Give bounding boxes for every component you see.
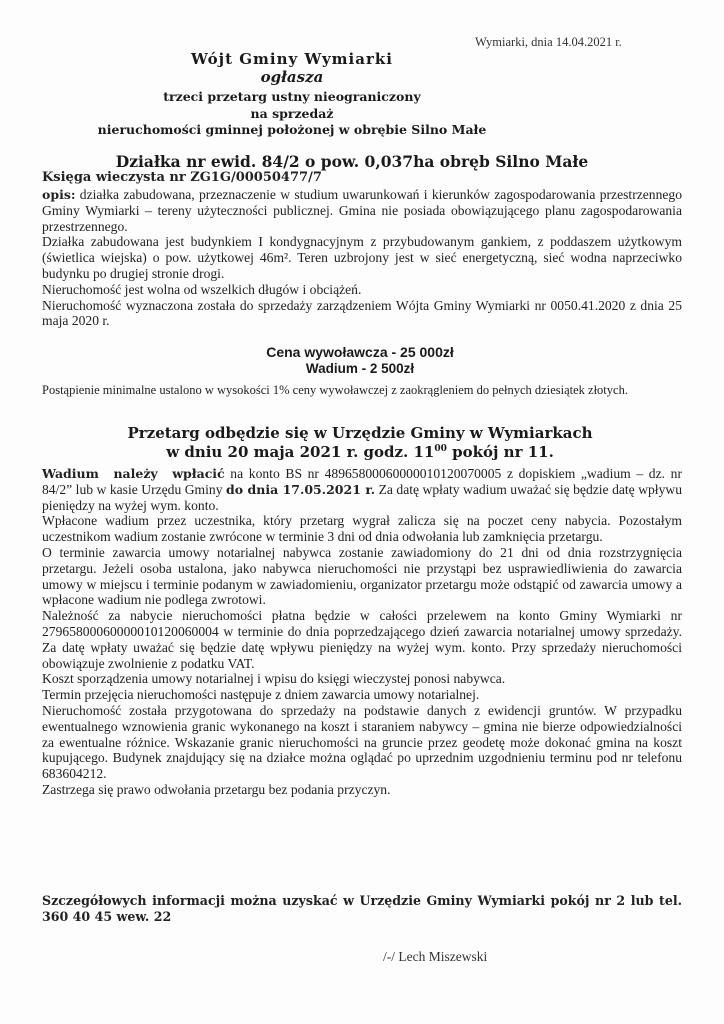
takeover: Termin przejęcia nieruchomości następuje… (42, 687, 682, 703)
payment-terms: Należność za nabycie nieruchomości płatn… (42, 608, 682, 671)
issuing-authority: Wójt Gminy Wymiarki (0, 50, 654, 68)
deposit-refund: Wpłacone wadium przez uczestnika, który … (42, 513, 682, 545)
free-of-debts: Nieruchomość jest wolna od wszelkich dłu… (42, 282, 682, 298)
cancellation: Zastrzega się prawo odwołania przetargu … (42, 782, 682, 798)
description-text: działka zabudowana, przeznaczenie w stud… (42, 187, 682, 234)
boundaries: Nieruchomość została przygotowana do spr… (42, 703, 682, 782)
deposit-amount: Wadium - 2 500zł (0, 361, 722, 376)
land-register-number: Księga wieczysta nr ZG1G/00050477/7 (42, 170, 682, 186)
auction-details: Wadium należy wpłacić na konto BS nr 489… (42, 466, 682, 798)
auction-type-heading: trzeci przetarg ustny nieograniczony (0, 89, 654, 104)
plot-title: Działka nr ewid. 84/2 o pow. 0,037ha obr… (0, 152, 714, 171)
starting-price: Cena wywoławcza - 25 000zł (0, 344, 722, 360)
document-page: Wymiarki, dnia 14.04.2021 r. Wójt Gminy … (0, 0, 724, 1024)
deposit-instructions: Wadium należy wpłacić na konto BS nr 489… (42, 466, 682, 513)
contact-info: Szczegółowych informacji można uzyskać w… (42, 893, 682, 925)
deposit-deadline: do dnia 17.05.2021 r. (226, 482, 375, 497)
document-date: Wymiarki, dnia 14.04.2021 r. (475, 35, 622, 50)
costs: Koszt sporządzenia umowy notarialnej i w… (42, 671, 682, 687)
minimum-increment: Postąpienie minimalne ustalono w wysokoś… (42, 383, 682, 398)
building-description: Działka zabudowana jest budynkiem I kond… (42, 234, 682, 281)
signature: /-/ Lech Miszewski (383, 949, 487, 965)
designation-order: Nieruchomość wyznaczona została do sprze… (42, 298, 682, 330)
auction-datetime: w dniu 20 maja 2021 r. godz. 1100 pokój … (0, 443, 722, 461)
sale-heading: na sprzedaż (0, 106, 654, 121)
property-description: opis: działka zabudowana, przeznaczenie … (42, 187, 682, 329)
announces-heading: ogłasza (0, 68, 654, 86)
description-label: opis: (42, 187, 75, 202)
notary-terms: O terminie zawarcia umowy notarialnej na… (42, 545, 682, 608)
property-location-heading: nieruchomości gminnej położonej w obrębi… (0, 122, 654, 137)
auction-location: Przetarg odbędzie się w Urzędzie Gminy w… (0, 424, 722, 442)
